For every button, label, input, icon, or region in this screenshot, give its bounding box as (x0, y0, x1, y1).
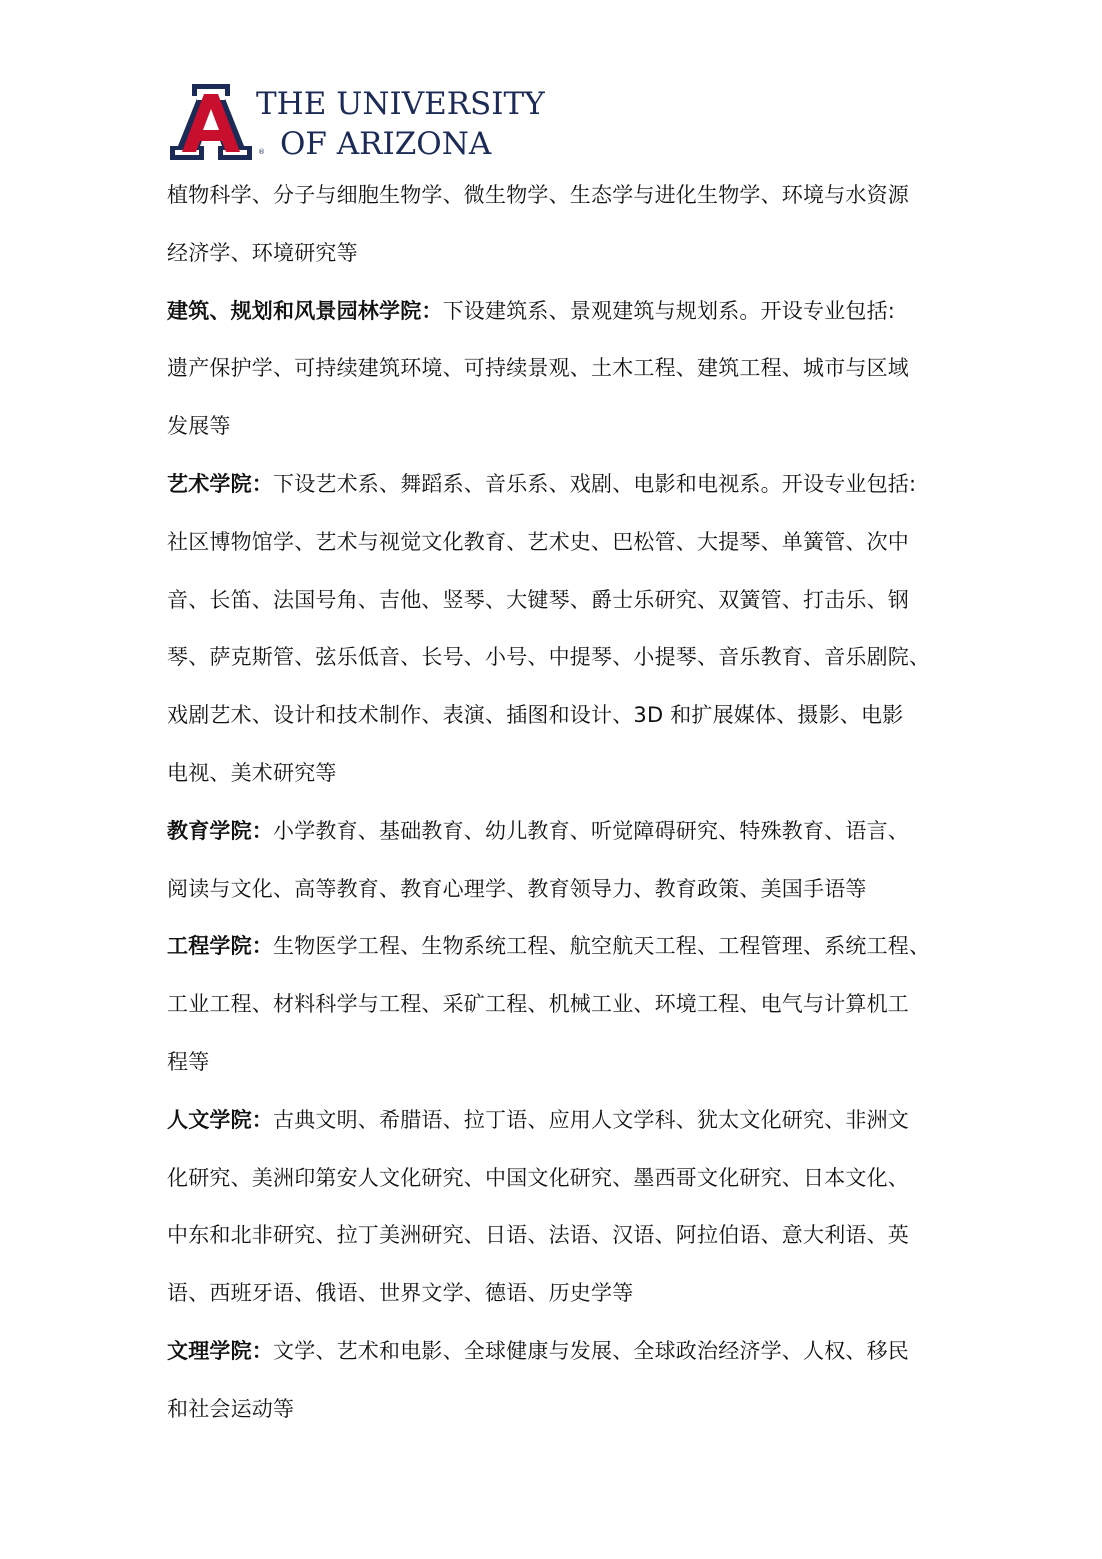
document-body: 植物科学、分子与细胞生物学、微生物学、生态学与进化生物学、环境与水资源 经济学、… (167, 175, 947, 1447)
line-text: 遗产保护学、可持续建筑环境、可持续景观、土木工程、建筑工程、城市与区域 (167, 356, 909, 380)
text-line: 人文学院：古典文明、希腊语、拉丁语、应用人文学科、犹太文化研究、非洲文 (167, 1100, 947, 1158)
line-text: 音、长笛、法国号角、吉他、竖琴、大键琴、爵士乐研究、双簧管、打击乐、钢 (167, 588, 909, 612)
text-line: 化研究、美洲印第安人文化研究、中国文化研究、墨西哥文化研究、日本文化、 (167, 1158, 947, 1216)
text-line: 植物科学、分子与细胞生物学、微生物学、生态学与进化生物学、环境与水资源 (167, 175, 947, 233)
line-text: 植物科学、分子与细胞生物学、微生物学、生态学与进化生物学、环境与水资源 (167, 183, 909, 207)
university-logo: ® THE UNIVERSITY OF ARIZONA (168, 82, 518, 164)
line-text: 中东和北非研究、拉丁美洲研究、日语、法语、汉语、阿拉伯语、意大利语、英 (167, 1223, 909, 1247)
text-line: 建筑、规划和风景园林学院：下设建筑系、景观建筑与规划系。开设专业包括: (167, 291, 947, 349)
text-line: 社区博物馆学、艺术与视觉文化教育、艺术史、巴松管、大提琴、单簧管、次中 (167, 522, 947, 580)
college-heading: 建筑、规划和风景园林学院： (167, 299, 443, 323)
line-text: 生物医学工程、生物系统工程、航空航天工程、工程管理、系统工程、 (273, 934, 930, 958)
text-line: 阅读与文化、高等教育、教育心理学、教育领导力、教育政策、美国手语等 (167, 869, 947, 927)
text-line: 工程学院：生物医学工程、生物系统工程、航空航天工程、工程管理、系统工程、 (167, 926, 947, 984)
wordmark-line-2: OF ARIZONA (280, 126, 491, 162)
college-heading: 艺术学院： (167, 472, 273, 496)
text-line: 经济学、环境研究等 (167, 233, 947, 291)
college-heading: 人文学院： (167, 1108, 273, 1132)
paragraph-humanities-college: 人文学院：古典文明、希腊语、拉丁语、应用人文学科、犹太文化研究、非洲文 化研究、… (167, 1100, 947, 1331)
college-heading: 文理学院： (167, 1339, 273, 1363)
college-heading: 工程学院： (167, 934, 273, 958)
paragraph-liberal-arts-college: 文理学院：文学、艺术和电影、全球健康与发展、全球政治经济学、人权、移民 和社会运… (167, 1331, 947, 1447)
line-text: 阅读与文化、高等教育、教育心理学、教育领导力、教育政策、美国手语等 (167, 877, 867, 901)
text-line: 语、西班牙语、俄语、世界文学、德语、历史学等 (167, 1273, 947, 1331)
text-line: 和社会运动等 (167, 1389, 947, 1447)
text-line: 文理学院：文学、艺术和电影、全球健康与发展、全球政治经济学、人权、移民 (167, 1331, 947, 1389)
line-text: 文学、艺术和电影、全球健康与发展、全球政治经济学、人权、移民 (273, 1339, 909, 1363)
college-heading: 教育学院： (167, 819, 273, 843)
text-line: 遗产保护学、可持续建筑环境、可持续景观、土木工程、建筑工程、城市与区域 (167, 348, 947, 406)
paragraph-education-college: 教育学院：小学教育、基础教育、幼儿教育、听觉障碍研究、特殊教育、语言、 阅读与文… (167, 811, 947, 927)
line-text: 语、西班牙语、俄语、世界文学、德语、历史学等 (167, 1281, 633, 1305)
wordmark-line-1: THE UNIVERSITY (256, 86, 545, 122)
line-text: 化研究、美洲印第安人文化研究、中国文化研究、墨西哥文化研究、日本文化、 (167, 1166, 909, 1190)
line-text: 下设建筑系、景观建筑与规划系。开设专业包括: (443, 299, 895, 323)
text-line: 发展等 (167, 406, 947, 464)
text-line: 中东和北非研究、拉丁美洲研究、日语、法语、汉语、阿拉伯语、意大利语、英 (167, 1215, 947, 1273)
paragraph-engineering-college: 工程学院：生物医学工程、生物系统工程、航空航天工程、工程管理、系统工程、 工业工… (167, 926, 947, 1099)
line-text: 古典文明、希腊语、拉丁语、应用人文学科、犹太文化研究、非洲文 (273, 1108, 909, 1132)
text-line: 电视、美术研究等 (167, 753, 947, 811)
text-line: 工业工程、材料科学与工程、采矿工程、机械工业、环境工程、电气与计算机工 (167, 984, 947, 1042)
paragraph-architecture-college: 建筑、规划和风景园林学院：下设建筑系、景观建筑与规划系。开设专业包括: 遗产保护… (167, 291, 947, 464)
line-text: 小学教育、基础教育、幼儿教育、听觉障碍研究、特殊教育、语言、 (273, 819, 909, 843)
line-text: 戏剧艺术、设计和技术制作、表演、插图和设计、3D 和扩展媒体、摄影、电影 (167, 703, 903, 727)
text-line: 戏剧艺术、设计和技术制作、表演、插图和设计、3D 和扩展媒体、摄影、电影 (167, 695, 947, 753)
line-text: 和社会运动等 (167, 1397, 294, 1421)
line-text: 电视、美术研究等 (167, 761, 337, 785)
line-text: 工业工程、材料科学与工程、采矿工程、机械工业、环境工程、电气与计算机工 (167, 992, 909, 1016)
text-line: 音、长笛、法国号角、吉他、竖琴、大键琴、爵士乐研究、双簧管、打击乐、钢 (167, 580, 947, 638)
text-line: 琴、萨克斯管、弦乐低音、长号、小号、中提琴、小提琴、音乐教育、音乐剧院、 (167, 637, 947, 695)
block-a-logo-icon (168, 82, 254, 162)
line-text: 琴、萨克斯管、弦乐低音、长号、小号、中提琴、小提琴、音乐教育、音乐剧院、 (167, 645, 930, 669)
text-line: 教育学院：小学教育、基础教育、幼儿教育、听觉障碍研究、特殊教育、语言、 (167, 811, 947, 869)
registered-mark: ® (258, 148, 265, 156)
line-text: 下设艺术系、舞蹈系、音乐系、戏剧、电影和电视系。开设专业包括: (273, 472, 916, 496)
text-line: 艺术学院：下设艺术系、舞蹈系、音乐系、戏剧、电影和电视系。开设专业包括: (167, 464, 947, 522)
paragraph-life-sciences: 植物科学、分子与细胞生物学、微生物学、生态学与进化生物学、环境与水资源 经济学、… (167, 175, 947, 291)
paragraph-arts-college: 艺术学院：下设艺术系、舞蹈系、音乐系、戏剧、电影和电视系。开设专业包括: 社区博… (167, 464, 947, 811)
line-text: 经济学、环境研究等 (167, 241, 358, 265)
line-text: 发展等 (167, 414, 231, 438)
line-text: 社区博物馆学、艺术与视觉文化教育、艺术史、巴松管、大提琴、单簧管、次中 (167, 530, 909, 554)
line-text: 程等 (167, 1050, 209, 1074)
text-line: 程等 (167, 1042, 947, 1100)
